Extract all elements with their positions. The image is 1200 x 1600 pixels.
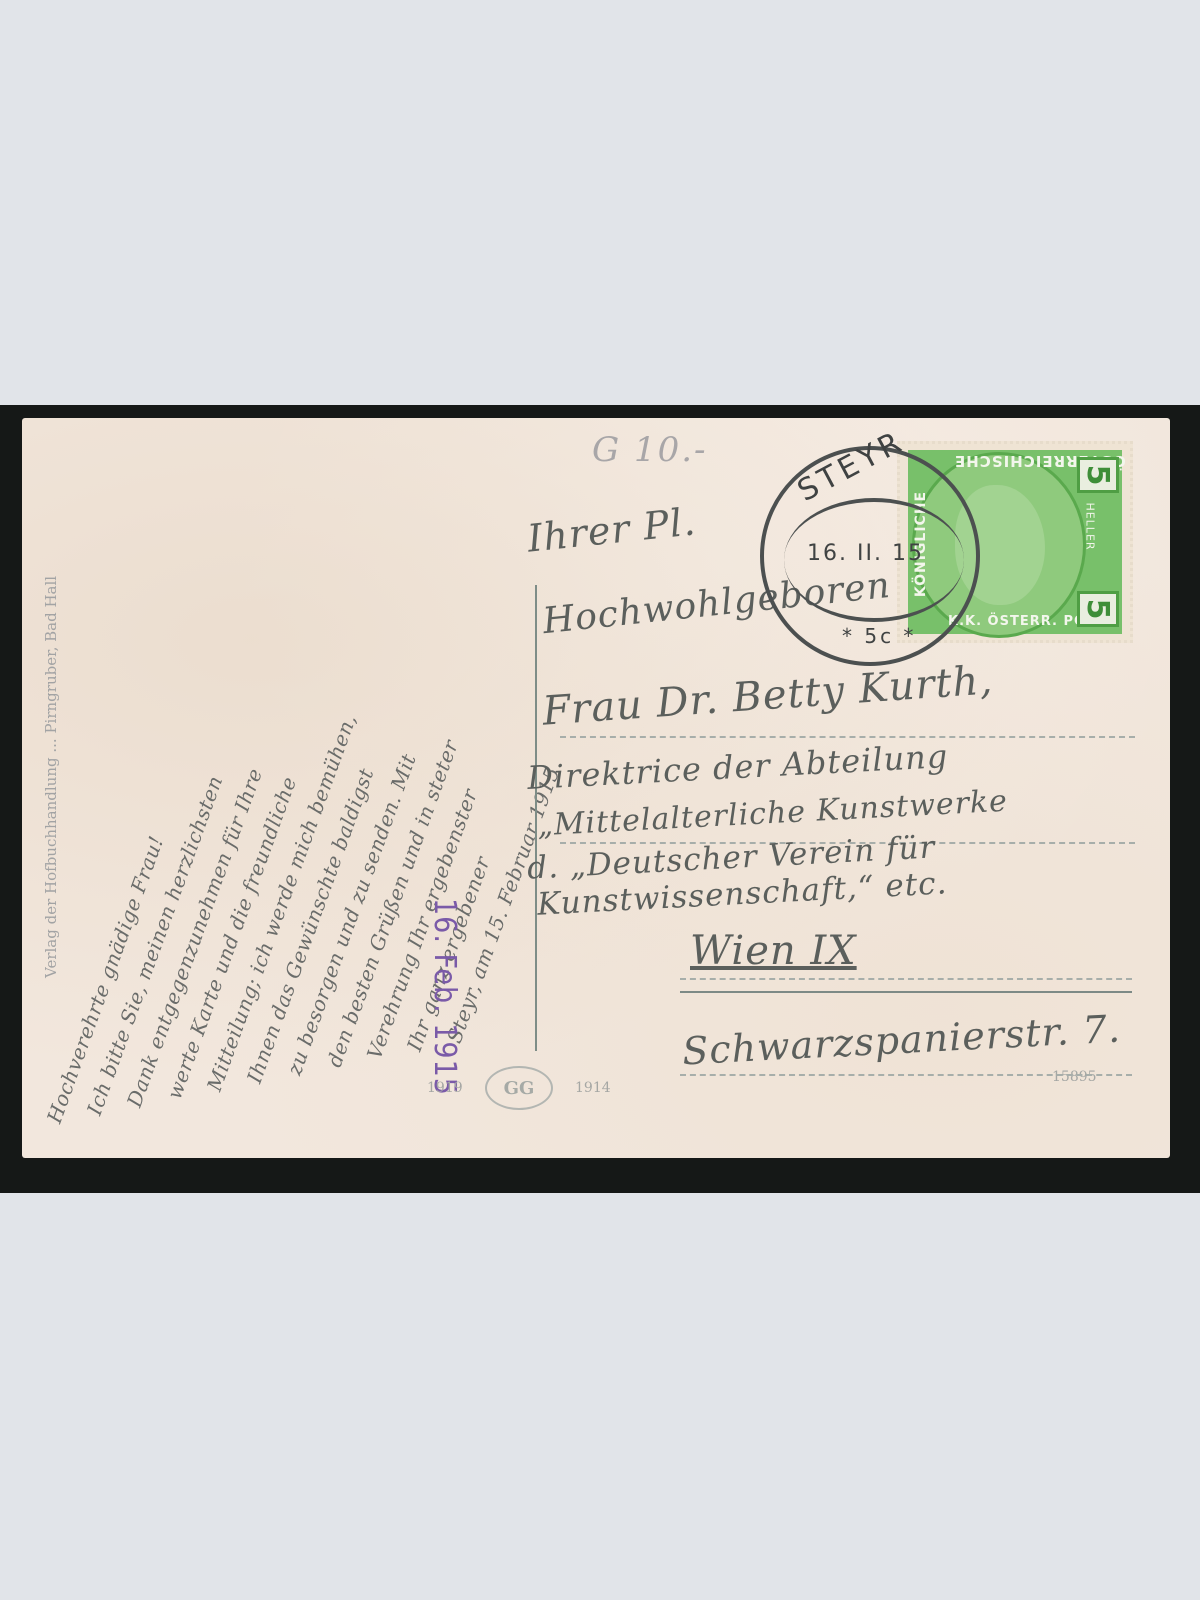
postcard: G 10.- Hochverehrte gnädige Frau!Ich bit… — [22, 418, 1170, 1158]
publisher-monogram-logo: GG — [485, 1066, 553, 1110]
stamp-value-top: 5 — [1077, 457, 1119, 493]
postmark-code: * 5c * — [842, 624, 916, 648]
stamp-denomination: HELLER — [1083, 502, 1096, 550]
address-line-4: Direktrice der Abteilung — [526, 737, 949, 797]
address-guide-line — [680, 978, 1132, 980]
receipt-date-stamp: 16. Feb. 1915 — [427, 898, 462, 1096]
printed-number-center: 1914 — [575, 1080, 611, 1096]
pencil-price-note: G 10.- — [592, 430, 708, 470]
publisher-imprint: Verlag der Hofbuchhandlung ... Pirngrube… — [42, 576, 60, 978]
address-guide-line — [560, 736, 1135, 738]
address-guide-line — [680, 1074, 1132, 1076]
address-line-3: Frau Dr. Betty Kurth, — [541, 657, 994, 734]
stamp-value-bottom: 5 — [1077, 591, 1119, 627]
address-line-city: Wien IX — [690, 928, 857, 974]
address-rule-line — [680, 991, 1132, 993]
printed-number-left: 1919 — [427, 1080, 463, 1096]
printed-number-right: 15895 — [1052, 1069, 1097, 1085]
address-line-1: Ihrer Pl. — [525, 499, 698, 560]
address-line-street: Schwarzspanierstr. 7. — [681, 1007, 1122, 1074]
postmark-date: 16. II. 15 — [807, 541, 924, 566]
